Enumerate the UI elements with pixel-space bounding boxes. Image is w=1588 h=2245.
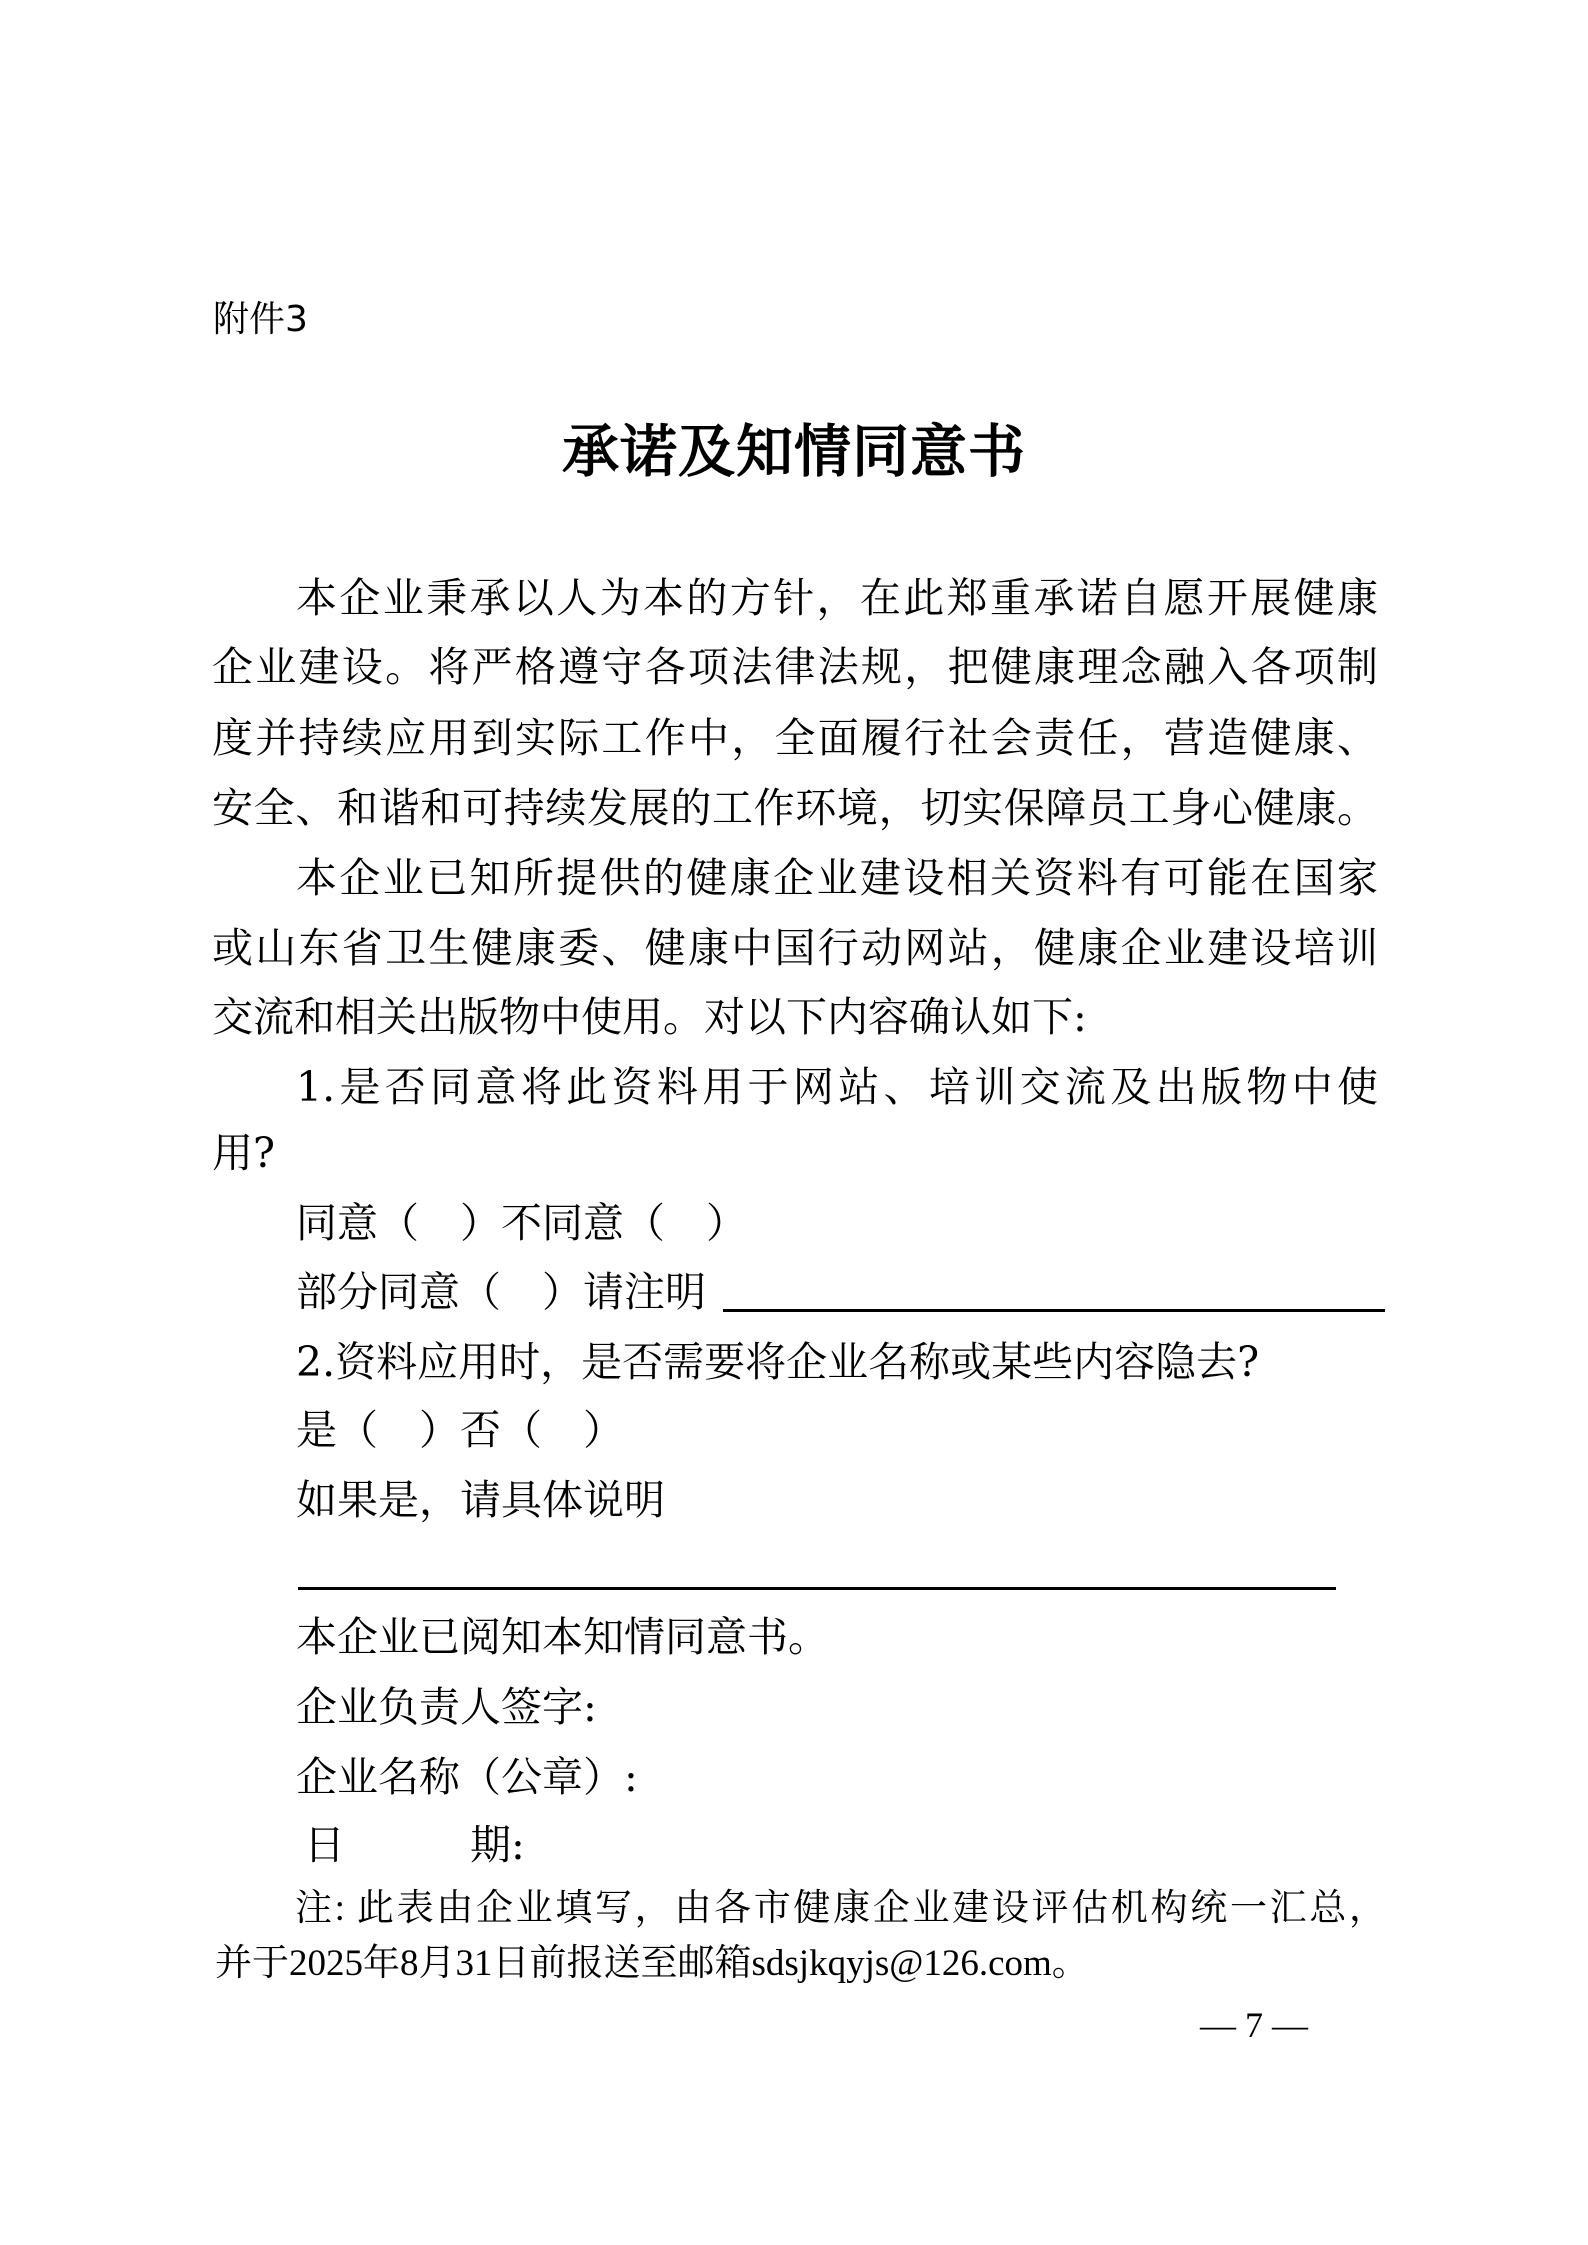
question2-options[interactable]: 是（ ）否（ ） (296, 1410, 624, 1451)
date-label-right: 期: (470, 1825, 525, 1866)
paragraph1-line-3: 度并持续应用到实际工作中，全面履行社会责任，营造健康、 (212, 718, 1378, 759)
paragraph1-line-2: 企业建设。将严格遵守各项法律法规，把健康理念融入各项制 (212, 647, 1378, 688)
page-number: — 7 — (1200, 2007, 1328, 2043)
annex-label: 附件3 (213, 302, 308, 338)
note-line-1: 注: 此表由企业填写，由各市健康企业建设评估机构统一汇总， (295, 1890, 1386, 1927)
question1-agree-options[interactable]: 同意（ ）不同意（ ） (296, 1203, 747, 1244)
question2-text: 2.资料应用时，是否需要将企业名称或某些内容隐去? (296, 1342, 1259, 1383)
paragraph2-line-2: 或山东省卫生健康委、健康中国行动网站，健康企业建设培训 (212, 928, 1378, 969)
signature-company-name-label: 企业名称（公章）: (296, 1757, 638, 1798)
signature-responsible-person-label: 企业负责人签字: (296, 1687, 597, 1728)
acknowledgement-text: 本企业已阅知本知情同意书。 (296, 1617, 829, 1658)
explain-field-line[interactable] (298, 1587, 1336, 1590)
question1-partial-agree-label[interactable]: 部分同意（ ）请注明 (296, 1272, 706, 1313)
paragraph2-line-3: 交流和相关出版物中使用。对以下内容确认如下: (212, 997, 1087, 1038)
paragraph1-line-4: 安全、和谐和可持续发展的工作环境，切实保障员工身心健康。 (212, 788, 1378, 829)
date-label-left: 日 (304, 1825, 345, 1866)
paragraph2-line-1: 本企业已知所提供的健康企业建设相关资料有可能在国家 (296, 858, 1378, 899)
question1-line-2: 用? (212, 1133, 275, 1174)
note-line-2: 并于2025年8月31日前报送至邮箱sdsjkqyjs@126.com。 (215, 1945, 1089, 1982)
partial-agree-note-field[interactable] (723, 1309, 1385, 1312)
paragraph1-line-1: 本企业秉承以人为本的方针，在此郑重承诺自愿开展健康 (296, 578, 1378, 619)
question2-explain-label: 如果是，请具体说明 (296, 1480, 665, 1521)
question1-line-1: 1.是否同意将此资料用于网站、培训交流及出版物中使 (296, 1067, 1378, 1108)
document-title: 承诺及知情同意书 (0, 423, 1588, 480)
